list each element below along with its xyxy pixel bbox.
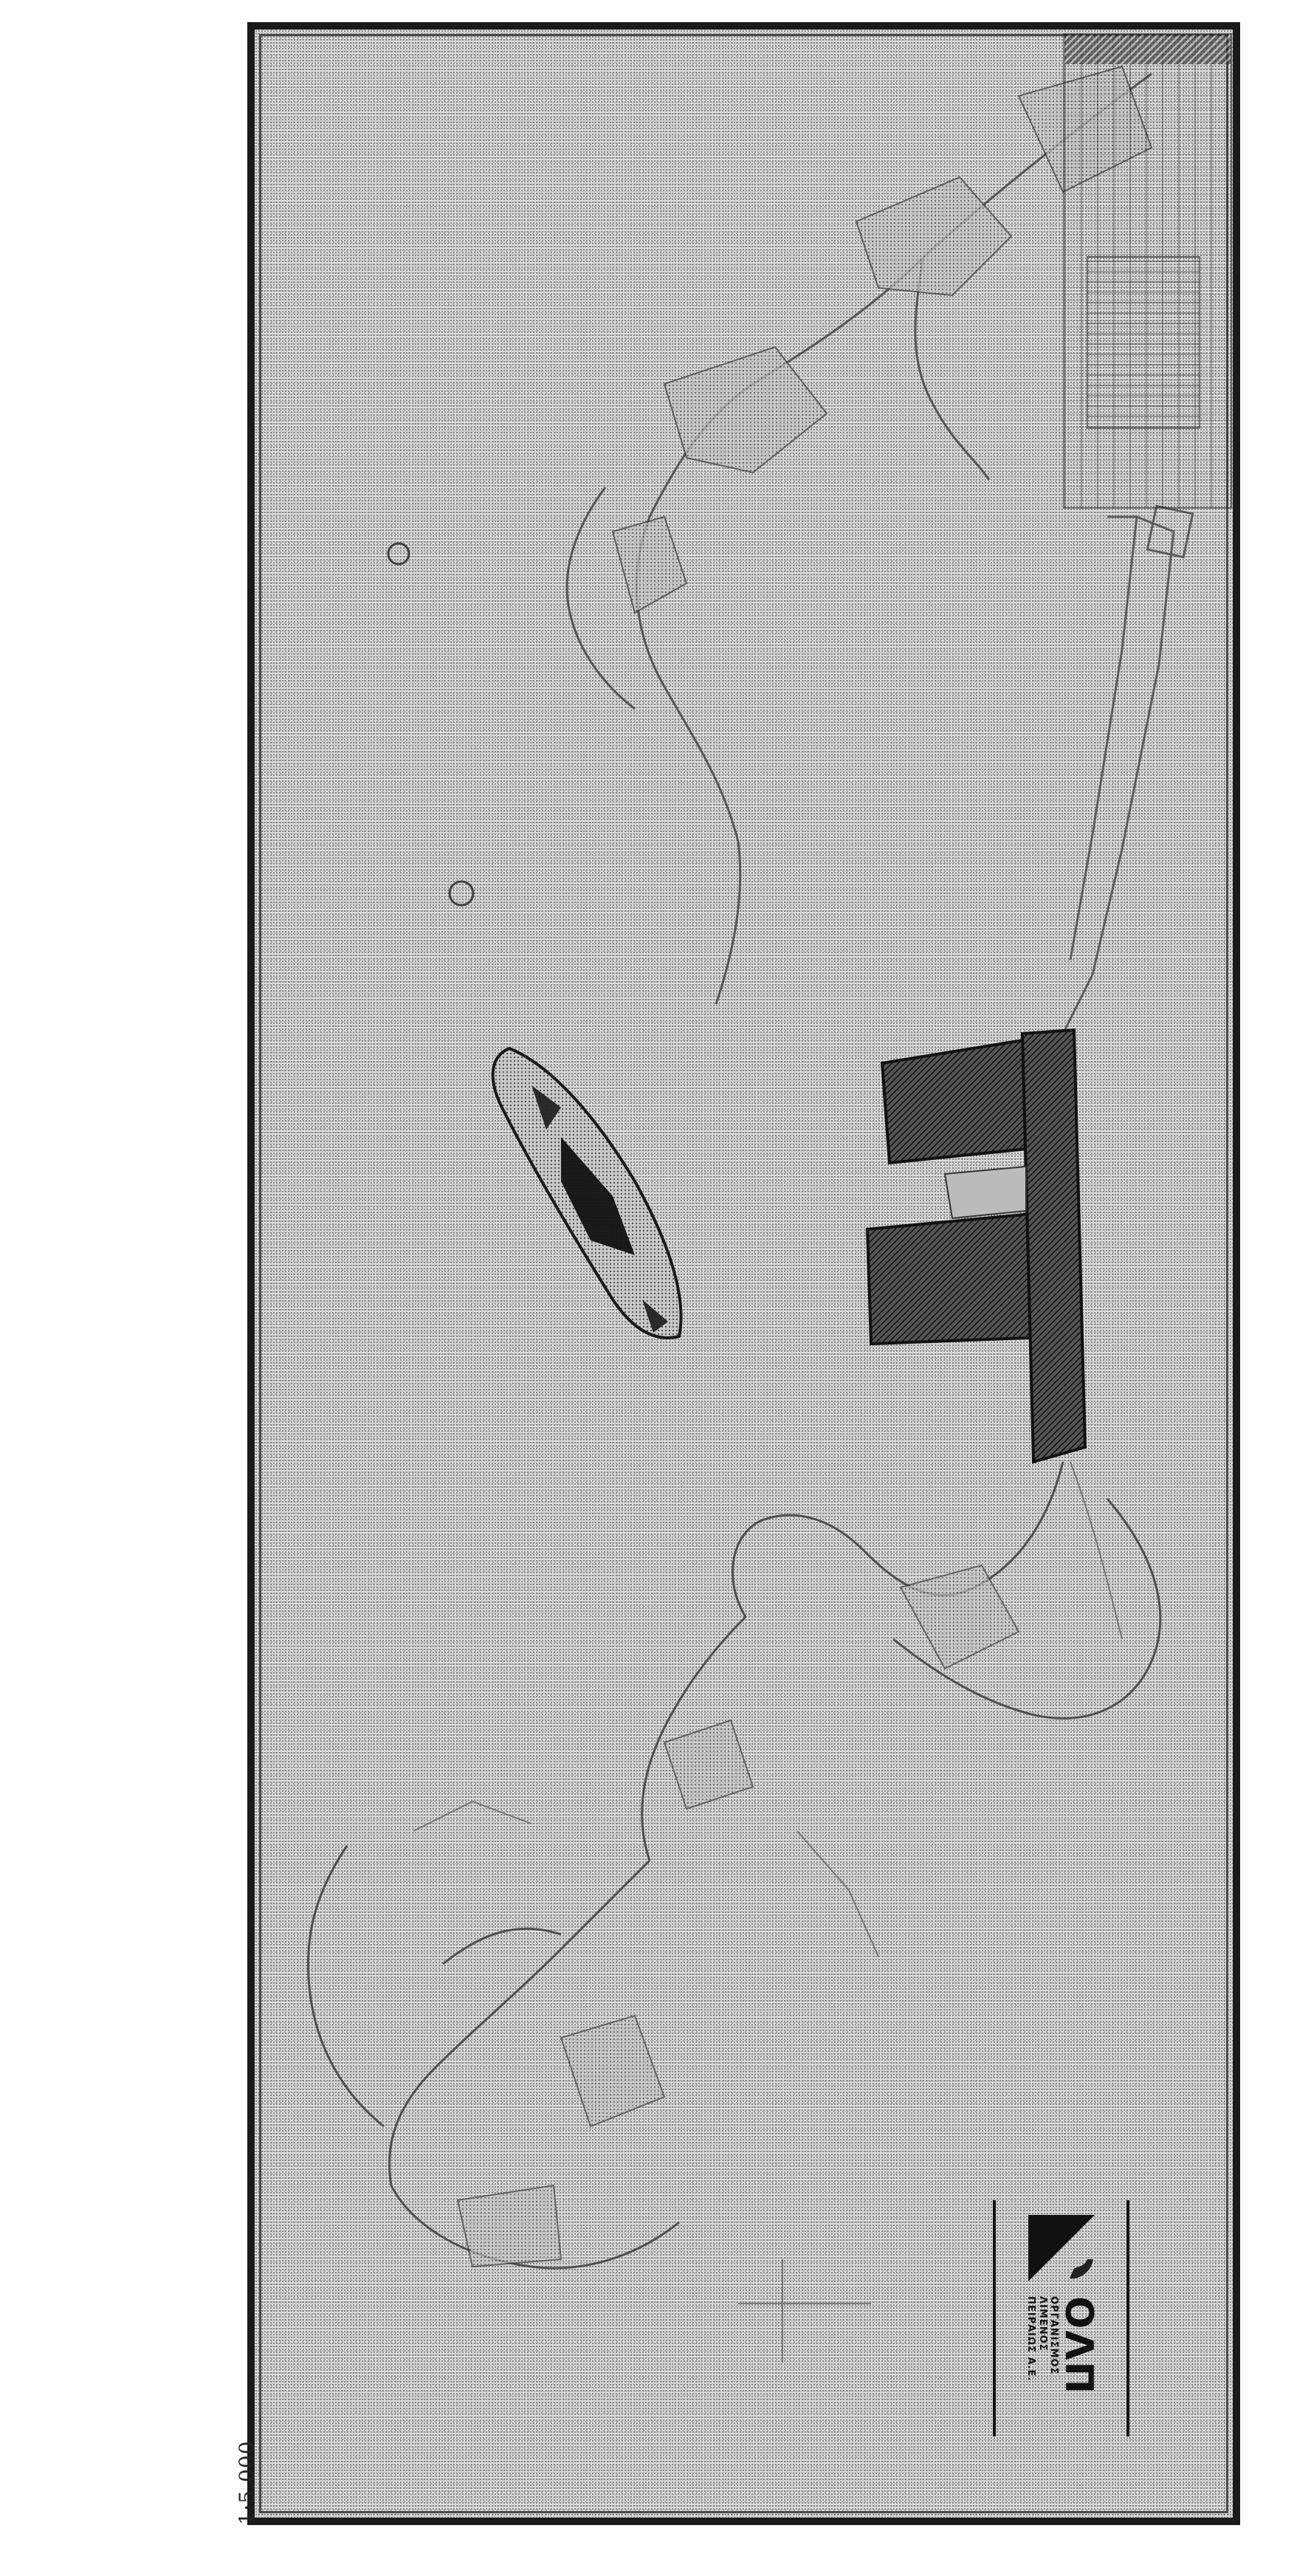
- ferry-ship: [493, 1048, 681, 1338]
- logo-line-1: ΟΡΓΑΝΙΣΜΟΣ: [1047, 2296, 1059, 2395]
- container-terminal-piers: [867, 1030, 1085, 1462]
- logo-content: ΟΛΠ ΟΡΓΑΝΙΣΜΟΣ ΛΙΜΕΝΟΣ ΠΕΙΡΑΙΩΣ Α.Ε.: [999, 2208, 1124, 2429]
- scale-label: 1:5.000: [235, 2436, 258, 2525]
- logo-olp: ΟΛΠ ΟΡΓΑΝΙΣΜΟΣ ΛΙΜΕΝΟΣ ΠΕΙΡΑΙΩΣ Α.Ε.: [993, 2200, 1129, 2436]
- legend-block: [1063, 33, 1232, 509]
- coastline-lower: [308, 1462, 1160, 2268]
- islet-markers: [388, 543, 473, 905]
- logo-acronym: ΟΛΠ: [1059, 2296, 1098, 2395]
- logo-sail-icon: [1021, 2208, 1102, 2289]
- breakwater-mole: [1063, 506, 1193, 1034]
- legend-subtable: [1087, 256, 1200, 429]
- logo-line-2: ΛΙΜΕΝΟΣ: [1036, 2296, 1048, 2395]
- legend-title-bar: [1064, 35, 1231, 64]
- logo-line-3: ΠΕΙΡΑΙΩΣ Α.Ε.: [1025, 2296, 1036, 2395]
